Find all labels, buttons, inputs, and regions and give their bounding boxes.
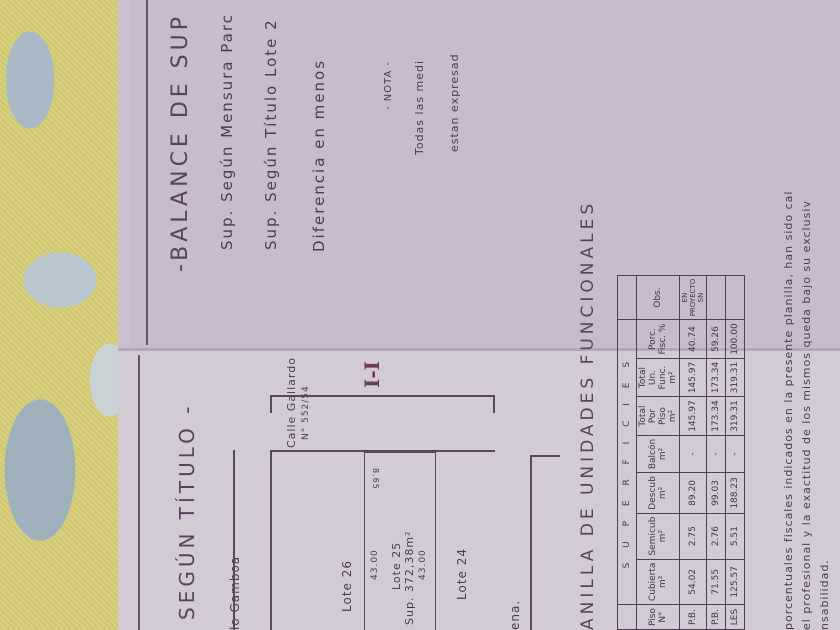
totals-row: LES 125.57 5.51 188.23 - 319.31 319.31 1… <box>726 275 745 629</box>
balance-line: Diferencia en menos <box>310 59 328 252</box>
cell <box>707 275 726 320</box>
cell: P.B. <box>680 605 707 630</box>
cell: 40.74 <box>680 320 707 359</box>
lot-25-area: Sup. 372,38m² <box>403 530 416 625</box>
margin-line <box>146 0 148 345</box>
nota-line: Todas las medi <box>413 60 426 155</box>
cell: 59.26 <box>707 320 726 359</box>
cell: 125.57 <box>726 559 745 604</box>
dimension-tick <box>270 395 272 413</box>
table-row: P.B. 54.02 2.75 89.20 - 145.97 145.97 40… <box>680 275 707 629</box>
cell: EN PROYECTO SN <box>680 275 707 320</box>
nota-label: - NOTA - <box>383 61 394 110</box>
street-line <box>233 450 235 630</box>
cell: 71.55 <box>707 559 726 604</box>
lot-26-label: Lote 26 <box>340 560 354 612</box>
cell: - <box>680 435 707 472</box>
cell: 2.75 <box>680 513 707 559</box>
cell: - <box>707 435 726 472</box>
lot-25-front: 8.65 <box>371 468 380 490</box>
totals-label: LES <box>726 605 745 630</box>
street-left-label: lo Gamboa <box>228 556 242 630</box>
cell: 188.23 <box>726 473 745 514</box>
north-mark: I-I <box>360 361 384 388</box>
lot-boundary <box>530 455 560 457</box>
nota-line: estan expresad <box>448 53 461 152</box>
lot-boundary <box>530 455 532 630</box>
lot-25-label: Lote 25 <box>390 542 403 590</box>
cell: 89.20 <box>680 473 707 514</box>
header-cell: Semicub m² <box>637 513 680 559</box>
cell: 319.31 <box>726 358 745 397</box>
street-top-label: Calle Gallardo <box>285 357 298 448</box>
footnote-line: porcentuales fiscales indicados en la pr… <box>782 191 795 630</box>
header-cell: Descub m² <box>637 473 680 514</box>
cell: 173.34 <box>707 397 726 436</box>
table-row: P.B. 71.55 2.76 99.03 - 173.34 173.34 59… <box>707 275 726 629</box>
margin-line <box>138 355 140 630</box>
cell: 99.03 <box>707 473 726 514</box>
street-bottom-label: ena. <box>508 600 522 630</box>
header-cell: Total Un. Func. m² <box>637 358 680 397</box>
cell: - <box>726 435 745 472</box>
units-table: S U P E R F I C I E S Piso N° Cubierta m… <box>617 275 745 630</box>
cell: 5.51 <box>726 513 745 559</box>
header-cell: Porc. Fisc. % <box>637 320 680 359</box>
cell <box>726 275 745 320</box>
table-header-row: Piso N° Cubierta m² Semicub m² Descub m²… <box>637 275 680 629</box>
lot-boundary <box>270 450 272 630</box>
cell: P.B. <box>707 605 726 630</box>
cell: 100.00 <box>726 320 745 359</box>
street-number: N° 552/54 <box>301 385 311 440</box>
table-title: ANILLA DE UNIDADES FUNCIONALES <box>578 200 598 630</box>
footnote-line: nsabilidad. <box>818 559 831 630</box>
dimension-tick <box>493 395 495 413</box>
footnote-line: el profesional y la exactitud de los mis… <box>800 200 813 630</box>
header-cell: Cubierta m² <box>637 559 680 604</box>
cell: 145.97 <box>680 358 707 397</box>
superficies-header: S U P E R F I C I E S <box>618 320 637 605</box>
cell: 173.34 <box>707 358 726 397</box>
lot-25-side-a: 43.00 <box>370 549 380 580</box>
header-cell: Piso N° <box>637 605 680 630</box>
balance-line: Sup. Según Mensura Parc <box>218 13 236 250</box>
header-cell: Obs. <box>637 275 680 320</box>
lot-24-label: Lote 24 <box>455 548 469 600</box>
cell: 145.97 <box>680 397 707 436</box>
balance-line: Sup. Según Título Lote 2 <box>262 18 280 250</box>
balance-title: -BALANCE DE SUP <box>168 13 193 272</box>
cell: 2.76 <box>707 513 726 559</box>
cell: 54.02 <box>680 559 707 604</box>
cell: 319.31 <box>726 397 745 436</box>
lot-25-side-b: 43.00 <box>418 549 428 580</box>
plan-title: SEGÚN TÍTULO - <box>175 402 199 620</box>
header-cell: Balcón m² <box>637 435 680 472</box>
header-cell: Total Por Piso m² <box>637 397 680 436</box>
